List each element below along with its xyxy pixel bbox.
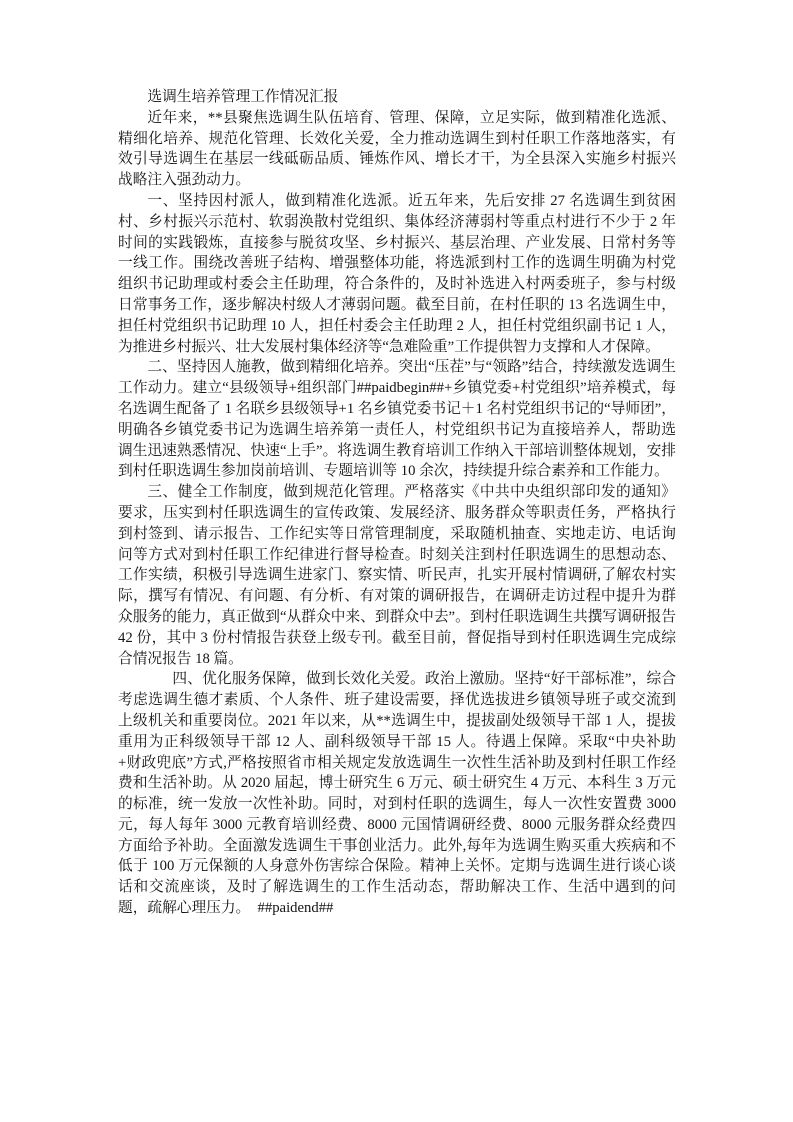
paragraph-section-1: 一、坚持因村派人，做到精准化选派。近五年来，先后安排 27 名选调生到贫困村、乡… [118, 191, 676, 357]
document-body: 选调生培养管理工作情况汇报 近年来，**县聚焦选调生队伍培育、管理、保障，立足实… [118, 87, 676, 919]
paragraph-section-4: 四、优化服务保障，做到长效化关爱。政治上激励。坚持“好干部标准”，综合考虑选调生… [118, 669, 676, 919]
document-title: 选调生培养管理工作情况汇报 [118, 87, 676, 108]
document-page: 选调生培养管理工作情况汇报 近年来，**县聚焦选调生队伍培育、管理、保障，立足实… [0, 0, 793, 1122]
paragraph-section-2: 二、坚持因人施教，做到精细化培养。突出“压茬”与“领路”结合，持续激发选调生工作… [118, 357, 676, 482]
paragraph-intro: 近年来，**县聚焦选调生队伍培育、管理、保障，立足实际，做到精准化选派、精细化培… [118, 108, 676, 191]
paragraph-section-3: 三、健全工作制度，做到规范化管理。严格落实《中共中央组织部印发的通知》要求，压实… [118, 482, 676, 669]
